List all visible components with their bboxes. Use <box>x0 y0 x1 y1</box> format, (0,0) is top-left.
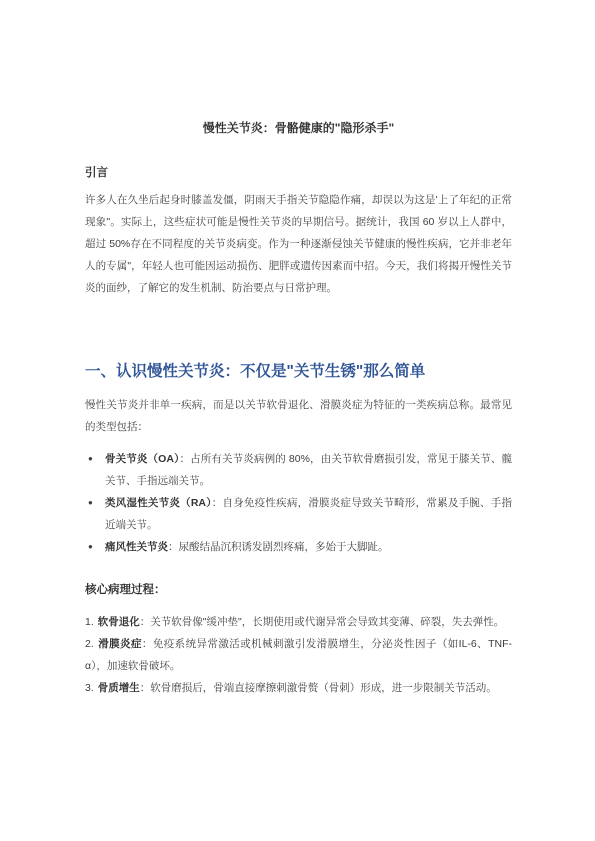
list-item-term: 骨关节炎（OA） <box>105 453 179 465</box>
list-item: ● 类风湿性关节炎（RA）：自身免疫性疾病，滑膜炎症导致关节畸形，常累及手腕、手… <box>85 492 512 536</box>
pathology-process-list: 1.软骨退化：关节软骨像"缓冲垫"，长期使用或代谢异常会导致其变薄、碎裂，失去弹… <box>85 611 512 699</box>
item-number: 1. <box>85 616 94 628</box>
item-term: 骨质增生 <box>98 682 140 694</box>
bullet-icon: ● <box>85 448 105 470</box>
list-item-desc: ：尿酸结晶沉积诱发剧烈疼痛，多始于大脚趾。 <box>168 541 389 553</box>
pathology-heading: 核心病理过程： <box>85 583 512 597</box>
list-item-term: 类风湿性关节炎（RA） <box>105 497 212 509</box>
item-number: 2. <box>85 638 94 650</box>
list-item-text: 类风湿性关节炎（RA）：自身免疫性疾病，滑膜炎症导致关节畸形，常累及手腕、手指近… <box>105 492 512 536</box>
list-item: ● 骨关节炎（OA）：占所有关节炎病例的 80%，由关节软骨磨损引发，常见于膝关… <box>85 448 512 492</box>
numbered-item: 2.滑膜炎症：免疫系统异常激活或机械刺激引发滑膜增生，分泌炎性因子（如IL-6、… <box>85 633 512 677</box>
list-item-text: 痛风性关节炎：尿酸结晶沉积诱发剧烈疼痛，多始于大脚趾。 <box>105 536 512 558</box>
bullet-icon: ● <box>85 492 105 514</box>
arthritis-type-list: ● 骨关节炎（OA）：占所有关节炎病例的 80%，由关节软骨磨损引发，常见于膝关… <box>85 448 512 558</box>
item-term: 软骨退化 <box>98 616 140 628</box>
intro-heading: 引言 <box>85 166 512 180</box>
section-1-intro: 慢性关节炎并非单一疾病，而是以关节软骨退化、滑膜炎症为特征的一类疾病总称。最常见… <box>85 394 512 438</box>
intro-paragraph: 许多人在久坐后起身时膝盖发僵，阴雨天手指关节隐隐作痛，却误以为这是'上了年纪的正… <box>85 189 512 299</box>
bullet-icon: ● <box>85 536 105 558</box>
list-item-text: 骨关节炎（OA）：占所有关节炎病例的 80%，由关节软骨磨损引发，常见于膝关节、… <box>105 448 512 492</box>
item-desc: ：免疫系统异常激活或机械刺激引发滑膜增生，分泌炎性因子（如IL-6、TNF-α）… <box>85 638 512 672</box>
numbered-item: 1.软骨退化：关节软骨像"缓冲垫"，长期使用或代谢异常会导致其变薄、碎裂，失去弹… <box>85 611 512 633</box>
list-item-term: 痛风性关节炎 <box>105 541 168 553</box>
list-item: ● 痛风性关节炎：尿酸结晶沉积诱发剧烈疼痛，多始于大脚趾。 <box>85 536 512 558</box>
document-page: 慢性关节炎：骨骼健康的"隐形杀手" 引言 许多人在久坐后起身时膝盖发僵，阴雨天手… <box>0 0 595 841</box>
numbered-item: 3.骨质增生：软骨磨损后，骨端直接摩擦刺激骨赘（骨刺）形成，进一步限制关节活动。 <box>85 677 512 699</box>
item-number: 3. <box>85 682 94 694</box>
item-desc: ：关节软骨像"缓冲垫"，长期使用或代谢异常会导致其变薄、碎裂，失去弹性。 <box>140 616 504 628</box>
doc-title: 慢性关节炎：骨骼健康的"隐形杀手" <box>85 121 512 136</box>
item-desc: ：软骨磨损后，骨端直接摩擦刺激骨赘（骨刺）形成，进一步限制关节活动。 <box>140 682 497 694</box>
item-term: 滑膜炎症 <box>98 638 142 650</box>
section-1-heading: 一、认识慢性关节炎：不仅是"关节生锈"那么简单 <box>85 361 512 382</box>
